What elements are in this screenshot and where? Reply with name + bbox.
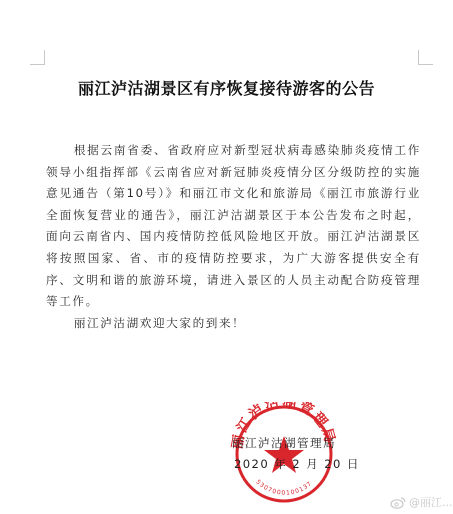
signature-date: 2020 年 2 月 20 日 (234, 454, 360, 475)
body-paragraph: 根据云南省委、省政府应对新型冠状病毒感染肺炎疫情工作领导小组指挥部《云南省应对新… (46, 140, 421, 313)
svg-text:5307000100137: 5307000100137 (254, 478, 313, 496)
document-body: 根据云南省委、省政府应对新型冠状病毒感染肺炎疫情工作领导小组指挥部《云南省应对新… (46, 140, 421, 334)
watermark-text: @丽江... (409, 494, 453, 510)
document-title: 丽江泸沽湖景区有序恢复接待游客的公告 (0, 76, 453, 99)
weibo-watermark: @丽江... (390, 494, 453, 510)
page-corner-mark-right (418, 50, 433, 65)
welcome-paragraph: 丽江泸沽湖欢迎大家的到来！ (46, 313, 421, 335)
weibo-icon (390, 496, 406, 509)
signature-block: 丽江泸沽湖管理局 2020 年 2 月 20 日 (232, 433, 360, 475)
page-corner-mark-left (30, 50, 45, 65)
signature-org: 丽江泸沽湖管理局 (232, 433, 360, 454)
